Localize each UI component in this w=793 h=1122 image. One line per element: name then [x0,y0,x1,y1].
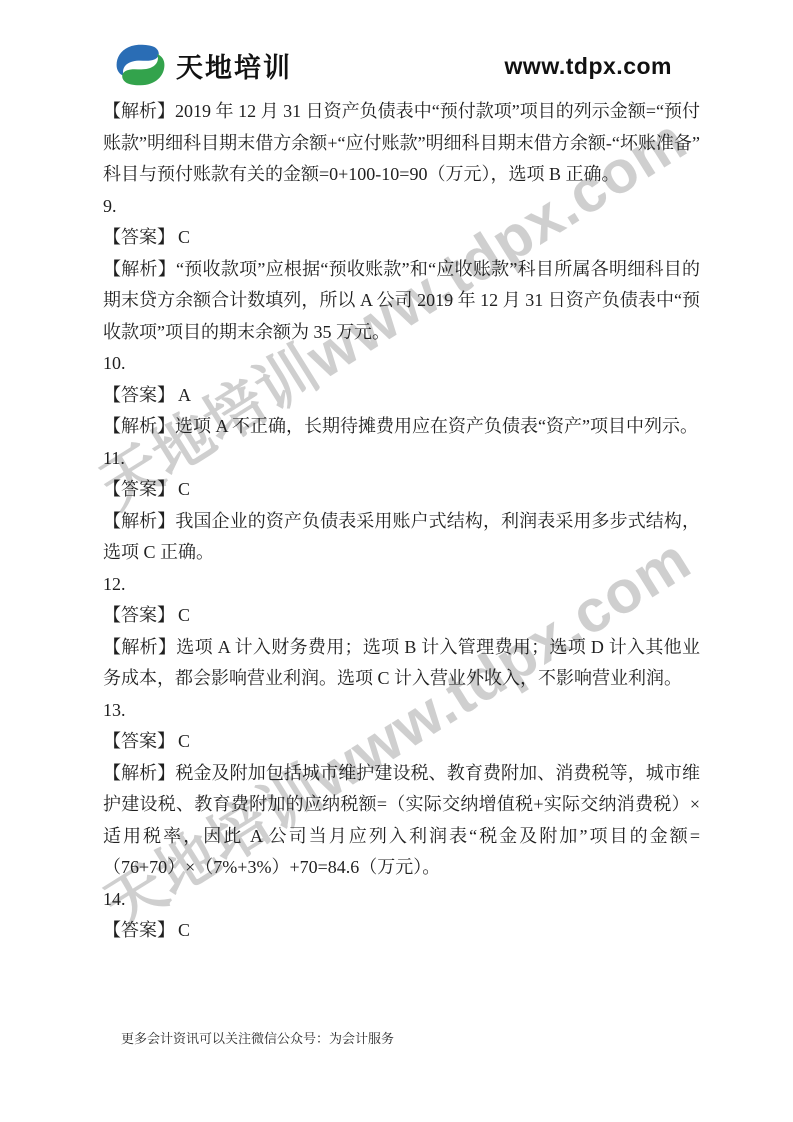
analysis-paragraph: 【解析】选项 A 不正确，长期待摊费用应在资产负债表“资产”项目中列示。 [103,411,700,443]
answer-value: C [178,731,190,751]
answer-line: 【答案】A [103,380,700,412]
analysis-text: 税金及附加包括城市维护建设税、教育费附加、消费税等，城市维护建设税、教育费附加的… [103,763,700,878]
analysis-label: 【解析】 [103,637,176,657]
analysis-paragraph: 【解析】“预收款项”应根据“预收账款”和“应收账款”科目所属各明细科目的期末贷方… [103,254,700,349]
question-number: 13. [103,695,700,727]
question-number: 9. [103,191,700,223]
analysis-label: 【解析】 [103,259,176,279]
analysis-label: 【解析】 [103,511,175,531]
answer-label: 【答案】 [103,920,175,940]
analysis-paragraph: 【解析】2019 年 12 月 31 日资产负债表中“预付款项”项目的列示金额=… [103,96,700,191]
answer-label: 【答案】 [103,227,175,247]
question-number: 11. [103,443,700,475]
analysis-text: 2019 年 12 月 31 日资产负债表中“预付款项”项目的列示金额=“预付账… [103,101,700,184]
header-website-url: www.tdpx.com [505,53,672,80]
analysis-paragraph: 【解析】税金及附加包括城市维护建设税、教育费附加、消费税等，城市维护建设税、教育… [103,758,700,884]
answer-label: 【答案】 [103,731,175,751]
answer-value: A [178,385,191,405]
brand-logo: 天地培训 [112,42,292,88]
analysis-label: 【解析】 [103,763,175,783]
analysis-paragraph: 【解析】选项 A 计入财务费用；选项 B 计入管理费用；选项 D 计入其他业务成… [103,632,700,695]
answer-value: C [178,605,190,625]
brand-name: 天地培训 [176,46,292,85]
analysis-text: 选项 A 计入财务费用；选项 B 计入管理费用；选项 D 计入其他业务成本，都会… [103,637,700,689]
answer-label: 【答案】 [103,605,175,625]
answer-line: 【答案】C [103,915,700,947]
answer-line: 【答案】C [103,474,700,506]
answers-content: 【解析】2019 年 12 月 31 日资产负债表中“预付款项”项目的列示金额=… [103,96,700,947]
analysis-text: 我国企业的资产负债表采用账户式结构，利润表采用多步式结构，选项 C 正确。 [103,511,700,563]
document-page: 天地培训www.tdpx.com 天地培训www.tdpx.com 天地培训 w… [0,0,793,1122]
answer-label: 【答案】 [103,385,175,405]
analysis-text: “预收款项”应根据“预收账款”和“应收账款”科目所属各明细科目的期末贷方余额合计… [103,259,700,342]
analysis-label: 【解析】 [103,416,175,436]
question-number: 10. [103,348,700,380]
question-number: 12. [103,569,700,601]
answer-line: 【答案】C [103,600,700,632]
answer-value: C [178,920,190,940]
answer-label: 【答案】 [103,479,175,499]
brand-swirl-icon [112,42,169,88]
page-footer: 更多会计资讯可以关注微信公众号：为会计服务 [121,1028,394,1047]
question-number: 14. [103,884,700,916]
analysis-paragraph: 【解析】我国企业的资产负债表采用账户式结构，利润表采用多步式结构，选项 C 正确… [103,506,700,569]
footer-note: 更多会计资讯可以关注微信公众号：为会计服务 [121,1031,394,1046]
answer-line: 【答案】C [103,726,700,758]
answer-value: C [178,479,190,499]
analysis-label: 【解析】 [103,101,175,121]
answer-value: C [178,227,190,247]
answer-line: 【答案】C [103,222,700,254]
analysis-text: 选项 A 不正确，长期待摊费用应在资产负债表“资产”项目中列示。 [175,416,698,436]
